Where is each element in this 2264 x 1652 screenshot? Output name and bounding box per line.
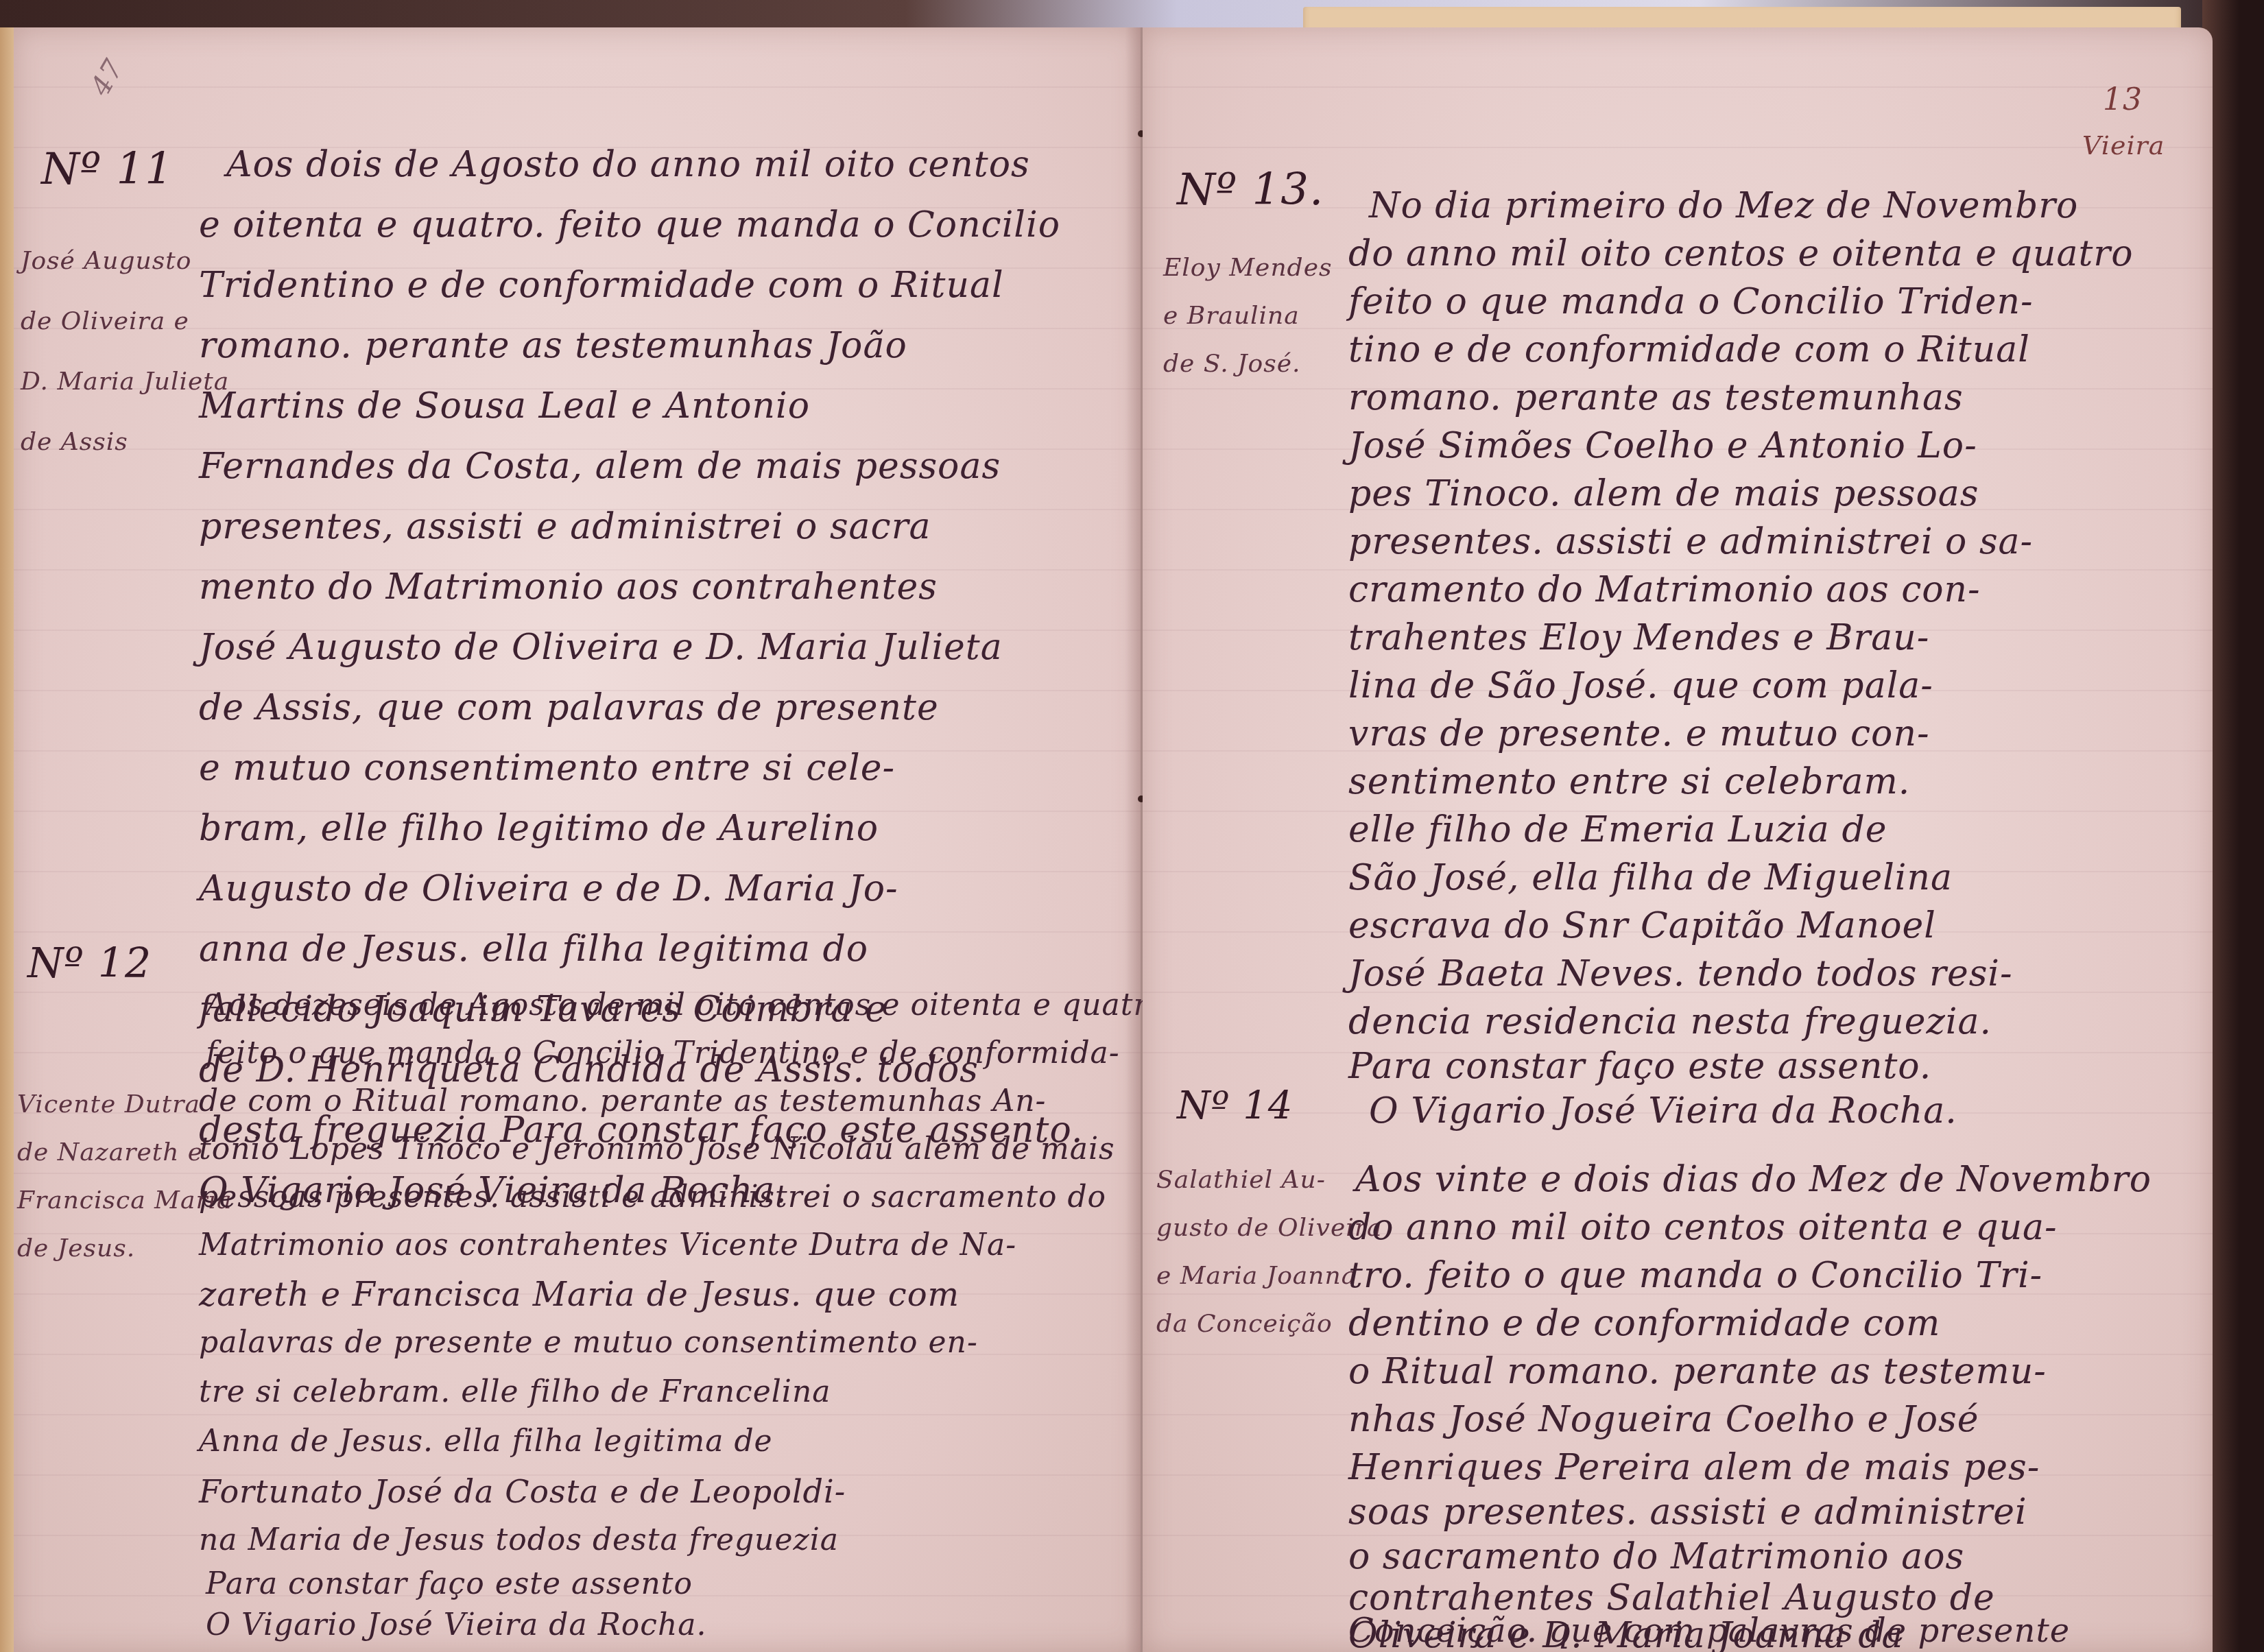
entry-number: Nº 11	[41, 144, 174, 195]
folio-note: Vieira	[2082, 130, 2165, 160]
pencil-mark: 47	[84, 54, 130, 101]
folio-number: 13	[2103, 82, 2143, 117]
entry-body-last-line: Conceição. que com palavras de presente	[1348, 1612, 2070, 1650]
entry-number: Nº 13.	[1177, 165, 1324, 215]
entry-number: Nº 12	[27, 939, 152, 987]
entry-number: Nº 14	[1177, 1084, 1293, 1128]
right-page: 13 Vieira Nº 13. Eloy Mendes e Braulina …	[1143, 27, 2213, 1652]
